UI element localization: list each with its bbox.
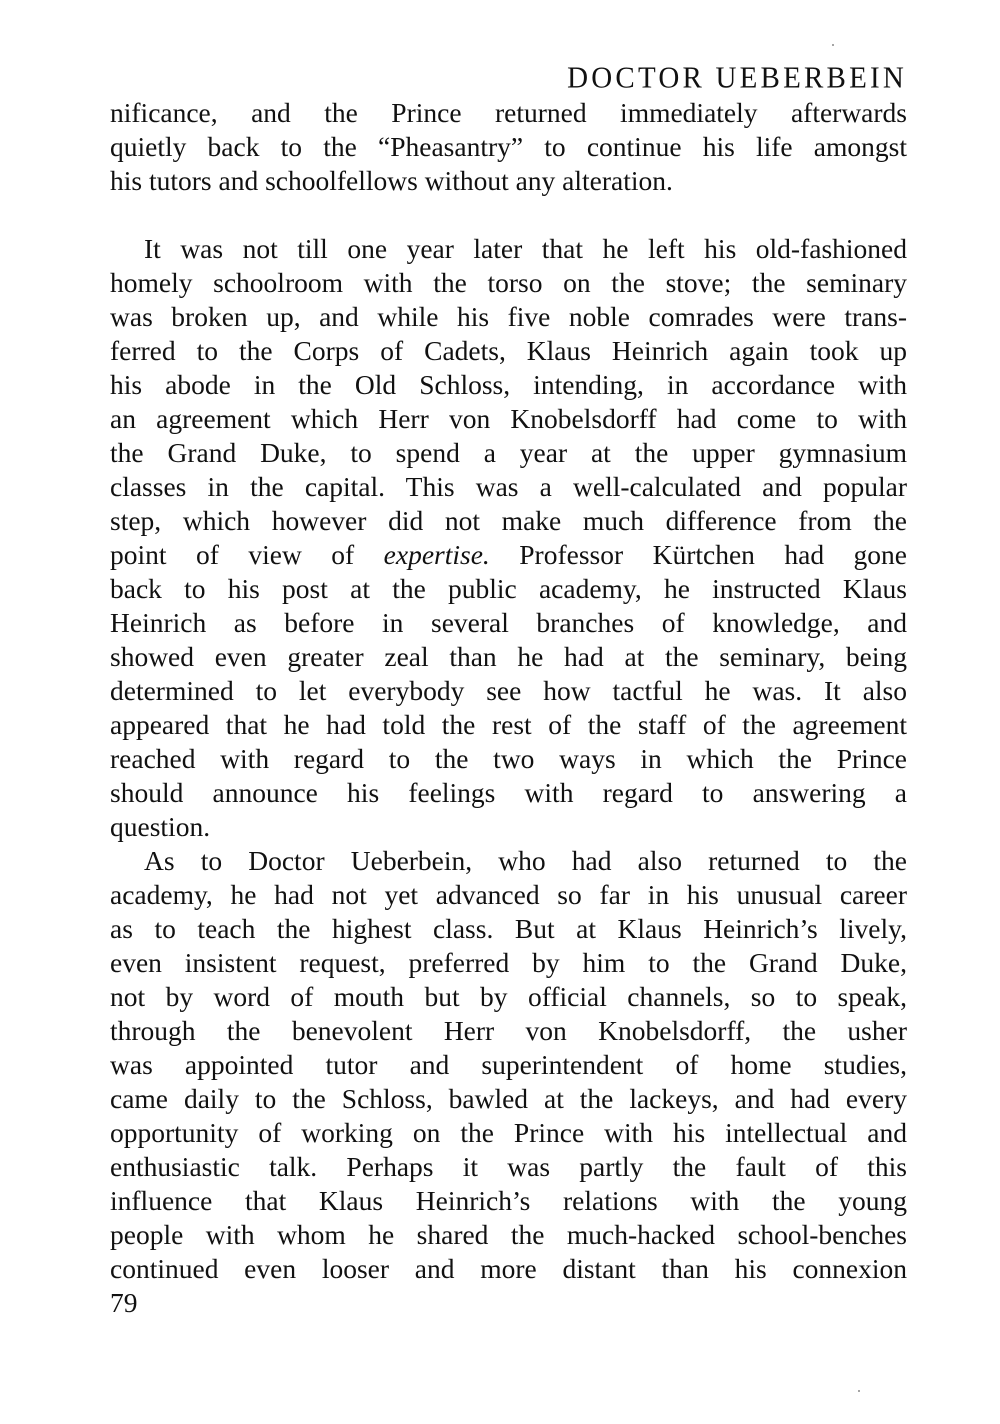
text-line: should announce his feelings with regard… (110, 776, 907, 810)
paragraph-1: nificance, and the Prince returned immed… (110, 96, 907, 198)
text-line: classes in the capital. This was a well-… (110, 470, 907, 504)
text-line: was appointed tutor and superintendent o… (110, 1048, 907, 1082)
running-head: DOCTOR UEBERBEIN (110, 59, 907, 97)
text-line: his tutors and schoolfellows without any… (110, 164, 907, 198)
text-line: the Grand Duke, to spend a year at the u… (110, 436, 907, 470)
paragraph-3: As to Doctor Ueberbein, who had also ret… (110, 844, 907, 1286)
text-line: As to Doctor Ueberbein, who had also ret… (110, 844, 907, 878)
text-line: showed even greater zeal than he had at … (110, 640, 907, 674)
text-line: through the benevolent Herr von Knobelsd… (110, 1014, 907, 1048)
text-line: not by word of mouth but by official cha… (110, 980, 907, 1014)
text-line: ferred to the Corps of Cadets, Klaus Hei… (110, 334, 907, 368)
text-line: reached with regard to the two ways in w… (110, 742, 907, 776)
body-text: nificance, and the Prince returned immed… (110, 96, 907, 1320)
scan-speck (858, 1390, 860, 1392)
text-line: homely schoolroom with the torso on the … (110, 266, 907, 300)
text-line: It was not till one year later that he l… (110, 232, 907, 266)
text-line: continued even looser and more distant t… (110, 1252, 907, 1286)
italic-term: expertise. (384, 539, 490, 570)
text-line: an agreement which Herr von Knobelsdorff… (110, 402, 907, 436)
scan-speck (832, 44, 834, 46)
book-page: DOCTOR UEBERBEIN nificance, and the Prin… (110, 60, 907, 1320)
text-line: nificance, and the Prince returned immed… (110, 96, 907, 130)
paragraph-2: It was not till one year later that he l… (110, 232, 907, 844)
text-line: step, which however did not make much di… (110, 504, 907, 538)
text-line: determined to let everybody see how tact… (110, 674, 907, 708)
text-line: opportunity of working on the Prince wit… (110, 1116, 907, 1150)
paragraph-gap (110, 198, 907, 232)
text-line: back to his post at the public academy, … (110, 572, 907, 606)
text-run: point of view of (110, 539, 384, 570)
text-line: question. (110, 810, 907, 844)
text-line: as to teach the highest class. But at Kl… (110, 912, 907, 946)
text-line-with-italic: point of view of expertise. Professor Kü… (110, 538, 907, 572)
text-line: his abode in the Old Schloss, intending,… (110, 368, 907, 402)
text-line: quietly back to the “Pheasantry” to cont… (110, 130, 907, 164)
text-line: enthusiastic talk. Perhaps it was partly… (110, 1150, 907, 1184)
text-line: came daily to the Schloss, bawled at the… (110, 1082, 907, 1116)
text-line: appeared that he had told the rest of th… (110, 708, 907, 742)
text-line: was broken up, and while his five noble … (110, 300, 907, 334)
text-line: academy, he had not yet advanced so far … (110, 878, 907, 912)
page-number: 79 (110, 1286, 907, 1320)
text-line: people with whom he shared the much-hack… (110, 1218, 907, 1252)
text-line: influence that Klaus Heinrich’s relation… (110, 1184, 907, 1218)
text-run: Professor Kürtchen had gone (490, 539, 907, 570)
text-line: even insistent request, preferred by him… (110, 946, 907, 980)
text-line: Heinrich as before in several branches o… (110, 606, 907, 640)
